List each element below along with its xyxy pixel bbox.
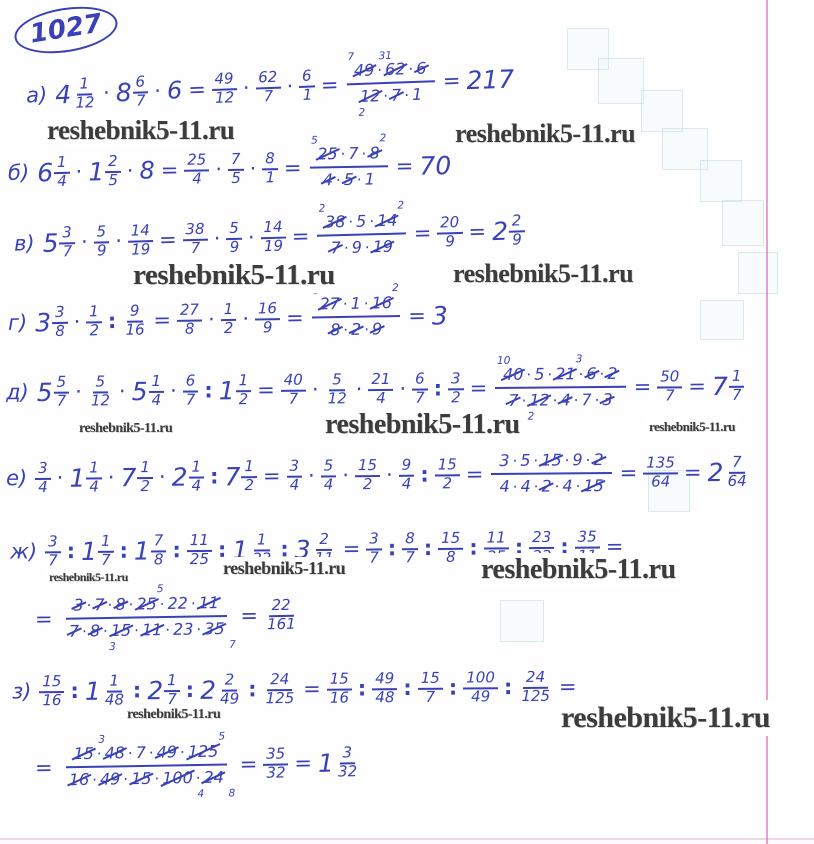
numerator: 6 — [183, 373, 199, 392]
result: 3 — [432, 303, 448, 328]
fraction: 67 — [132, 74, 149, 109]
operator: = — [303, 678, 321, 699]
dot: · — [343, 322, 348, 337]
watermark: reshebnik5-11.ru — [476, 553, 681, 587]
factor: 248 — [203, 770, 224, 786]
fraction: 1516 — [327, 671, 352, 706]
operator: · — [208, 309, 215, 330]
fraction: 3532 — [263, 746, 289, 781]
denominator: 8 — [443, 549, 459, 565]
dot: · — [196, 770, 201, 785]
part-label: а) — [26, 83, 48, 108]
numerator: 23 — [529, 530, 554, 549]
operator: = — [684, 462, 702, 483]
factor: 82 — [369, 145, 379, 161]
factor: 6 — [586, 366, 596, 382]
mixed-number: 112 — [219, 373, 252, 408]
cancel-mark: 10 — [497, 356, 510, 367]
factor: 2 — [541, 478, 551, 494]
factor: 2 — [351, 322, 361, 338]
operator: = — [35, 757, 53, 778]
fraction: 112 — [71, 76, 97, 111]
denominator: 7 — [412, 390, 428, 406]
denominator: 7 — [54, 393, 70, 409]
factor: 7 — [331, 240, 342, 256]
factor: 3 — [602, 392, 612, 408]
dot: · — [103, 624, 108, 639]
numerator: 5 — [321, 458, 337, 477]
product-numerator: 273·1·162 — [311, 293, 400, 319]
cancel-mark: 5 — [218, 732, 225, 743]
factor: 1 — [351, 296, 361, 312]
denominator: 4 — [321, 477, 337, 493]
numerator: 9 — [127, 303, 143, 322]
dot: · — [361, 146, 366, 161]
denominator: 2 — [137, 478, 153, 494]
numerator: 6 — [412, 371, 428, 390]
denominator: 7 — [45, 553, 61, 569]
numerator: 1 — [221, 302, 237, 321]
operator: = — [240, 605, 258, 626]
numerator: 1 — [106, 673, 122, 692]
operator: = — [263, 465, 281, 486]
grid-square — [700, 160, 742, 202]
denominator: 4 — [189, 478, 205, 494]
fraction: 254 — [184, 152, 210, 187]
product-numerator: 3·7·8·255·22·11 — [65, 593, 227, 620]
denominator: 2 — [86, 323, 102, 339]
denominator: 9 — [442, 234, 458, 250]
dot: · — [533, 453, 538, 468]
cancel-mark: 2 — [380, 133, 387, 144]
dot: · — [191, 596, 196, 611]
factor: 2 — [607, 366, 617, 382]
whole-number: 2 — [147, 678, 163, 703]
denominator: 32 — [335, 764, 360, 780]
factor: 7 — [94, 597, 104, 613]
factor: 5 — [534, 367, 544, 383]
numerator: 21 — [368, 372, 393, 391]
factor: 142 — [377, 213, 398, 230]
denominator: 161 — [264, 616, 299, 632]
mixed-number: 614 — [37, 155, 70, 190]
cancel-mark: 3 — [576, 354, 583, 365]
grid-square — [500, 600, 544, 642]
fraction: 67 — [183, 373, 199, 408]
numerator: 15 — [438, 530, 463, 549]
product-denominator: 7·8·153·11·23·357 — [61, 617, 233, 642]
factor: 15 — [541, 452, 561, 468]
operator: = — [442, 70, 460, 92]
fraction: 157 — [418, 670, 443, 705]
cancel-mark: 7 — [229, 639, 236, 650]
fraction: 29 — [509, 213, 525, 248]
factor: 1 — [412, 87, 423, 103]
dot: · — [134, 623, 139, 638]
whole-number: 1 — [318, 750, 334, 775]
operator: · — [81, 231, 88, 252]
factor: 15 — [131, 771, 152, 787]
mixed-number: 178 — [134, 533, 167, 568]
operator: · — [108, 467, 115, 488]
factor: 4 — [520, 479, 530, 495]
dot: · — [377, 63, 382, 78]
fraction: 12 — [137, 460, 153, 495]
operator: = — [284, 157, 302, 178]
factor: 9 — [372, 321, 382, 337]
denominator: 1 — [262, 170, 278, 186]
numerator: 35 — [575, 529, 600, 548]
factor: 162 — [371, 295, 392, 311]
denominator: 5 — [105, 172, 121, 188]
dot: · — [128, 746, 133, 761]
denominator: 1 — [299, 87, 315, 103]
factor: 4 — [323, 172, 333, 188]
numerator: 15 — [355, 458, 380, 477]
whole-number: 5 — [42, 230, 59, 255]
numerator: 1 — [188, 459, 204, 478]
numerator: 49 — [372, 671, 397, 690]
fraction: 14 — [86, 460, 102, 495]
numerator: 15 — [418, 670, 443, 689]
dot: · — [383, 88, 388, 103]
mixed-number: 214 — [171, 459, 204, 494]
numerator: 9 — [399, 457, 415, 476]
whole-number: 1 — [85, 678, 101, 703]
mixed-number: 117 — [81, 534, 114, 569]
dot: · — [154, 771, 159, 786]
grid-square — [738, 252, 778, 294]
denominator: 7 — [729, 387, 745, 403]
denominator: 2 — [221, 320, 237, 336]
numerator: 3 — [59, 225, 75, 244]
whole-number: 4 — [55, 81, 72, 107]
operator: = — [291, 225, 309, 246]
fraction: 78 — [151, 533, 167, 568]
watermark: reshebnik5-11.ru — [448, 258, 638, 290]
numerator: 5 — [53, 374, 69, 393]
fraction: 54 — [321, 458, 337, 493]
whole-number: 2 — [200, 677, 216, 702]
numerator: 1 — [729, 369, 745, 388]
fraction: 61 — [299, 68, 316, 103]
numerator: 1 — [241, 459, 257, 478]
operator: : — [70, 680, 79, 701]
fraction: 34 — [286, 458, 302, 493]
product-numerator: 4010·5·213·6·2 — [495, 364, 626, 389]
operator: · — [103, 82, 110, 103]
whole-number: 2 — [707, 459, 723, 484]
dot: · — [149, 745, 154, 760]
factor: 4 — [500, 479, 510, 495]
factor: 16 — [69, 772, 90, 788]
dot: · — [364, 322, 369, 337]
product-numerator: 3·5·15·9·2 — [491, 450, 611, 475]
numerator: 15 — [327, 671, 352, 690]
grid-square — [722, 200, 764, 246]
numerator: 27 — [177, 302, 202, 321]
operator: : — [388, 538, 397, 559]
dot: · — [522, 393, 527, 408]
operator: · — [115, 230, 122, 251]
grid-square — [641, 90, 683, 132]
solution-line-z-cont: =15·483·7·49·125516·49·15·1004·248=3532=… — [33, 725, 360, 805]
product-fraction: 3·5·15·9·24·4·2·4·15 — [491, 450, 612, 497]
dot: · — [553, 393, 558, 408]
result: 70 — [419, 153, 451, 179]
factor: 8 — [115, 597, 125, 613]
fraction: 14 — [188, 459, 204, 494]
product-fraction: 497·6231·6122·7·1 — [346, 58, 436, 107]
number: 8 — [139, 158, 155, 182]
cancel-mark: 2 — [392, 283, 399, 294]
fraction: 17 — [729, 369, 745, 404]
denominator: 9 — [94, 243, 110, 259]
operator: = — [257, 379, 275, 400]
numerator: 11 — [187, 533, 212, 552]
factor: 1004 — [162, 770, 193, 787]
mixed-number: 229 — [492, 213, 525, 248]
dot: · — [160, 597, 165, 612]
numerator: 20 — [437, 215, 463, 234]
operator: · — [154, 80, 161, 101]
product-fraction: 255·7·824·5·1 — [309, 143, 388, 190]
operator: = — [161, 159, 179, 180]
numerator: 5 — [93, 224, 109, 243]
mixed-number: 514 — [131, 374, 164, 409]
mixed-number: 557 — [37, 374, 70, 409]
cancel-mark: 31 — [378, 51, 392, 62]
operator: = — [468, 221, 486, 242]
denominator: 7 — [402, 550, 418, 566]
numerator: 5 — [226, 220, 242, 239]
product-denominator: 122·7·1 — [352, 82, 431, 107]
denominator: 4 — [54, 173, 70, 189]
denominator: 2 — [440, 476, 456, 492]
fraction: 37 — [45, 534, 61, 569]
mixed-number: 712 — [224, 459, 257, 494]
dot: · — [107, 597, 112, 612]
dot: · — [369, 214, 374, 229]
denominator: 5 — [228, 170, 244, 186]
fraction: 169 — [255, 301, 281, 336]
operator: : — [119, 540, 128, 561]
fraction: 59 — [93, 224, 109, 259]
numerator: 3 — [286, 458, 302, 477]
cancel-mark: 3 — [98, 735, 105, 746]
numerator: 11 — [484, 530, 509, 549]
operator: · — [249, 158, 256, 179]
operator: · — [312, 379, 319, 400]
part-label: ж) — [10, 539, 37, 563]
whole-number: 5 — [37, 379, 53, 404]
denominator: 7 — [423, 689, 439, 705]
numerator: 24 — [267, 672, 292, 691]
operator: : — [424, 537, 433, 558]
operator: : — [358, 678, 367, 699]
factor: 1 — [365, 171, 375, 187]
operator: = — [559, 676, 577, 697]
fraction: 37 — [59, 225, 75, 260]
operator: · — [243, 77, 250, 98]
fraction: 278 — [177, 302, 203, 337]
denominator: 25 — [187, 551, 212, 567]
numerator: 3 — [52, 305, 68, 324]
factor: 5 — [344, 172, 354, 188]
denominator: 49 — [468, 689, 493, 705]
numerator: 5 — [329, 372, 345, 391]
operator: = — [408, 305, 426, 326]
factor: 9 — [352, 240, 363, 256]
dot: · — [340, 146, 345, 161]
dot: · — [576, 479, 581, 494]
operator: : — [133, 680, 142, 701]
denominator: 8 — [52, 323, 68, 339]
factor: 497 — [354, 62, 375, 79]
cancel-mark: 2 — [397, 200, 404, 211]
fraction: 4948 — [372, 671, 397, 706]
numerator: 5 — [92, 374, 108, 393]
numerator: 2 — [316, 532, 332, 551]
dot: · — [128, 597, 133, 612]
page-edge-line — [0, 838, 814, 840]
operator: : — [420, 464, 429, 485]
solution-line-z: з)1516:1148:217:2249:24125=1516:4948:157… — [12, 650, 578, 729]
operator: · — [248, 227, 255, 248]
denominator: 4 — [399, 476, 415, 492]
denominator: 8 — [151, 552, 167, 568]
numerator: 3 — [339, 745, 355, 764]
operator: = — [286, 307, 304, 328]
fraction: 13564 — [643, 455, 678, 490]
part-label: г) — [8, 311, 28, 335]
operator: = — [188, 79, 206, 101]
dot: · — [513, 479, 518, 494]
fraction: 1419 — [128, 223, 154, 258]
numerator: 25 — [184, 152, 209, 171]
dot: · — [336, 173, 341, 188]
whole-number: 7 — [224, 464, 240, 489]
dot: · — [357, 172, 362, 187]
denominator: 64 — [648, 474, 673, 490]
factor: 2 — [593, 452, 603, 468]
operator: = — [396, 155, 414, 176]
numerator: 3 — [366, 531, 382, 550]
numerator: 1 — [98, 534, 114, 553]
product-fraction: 3·7·8·255·22·117·8·153·11·23·357 — [60, 593, 232, 642]
numerator: 1 — [137, 460, 153, 479]
numerator: 1 — [235, 373, 251, 392]
operator: : — [204, 380, 213, 401]
mixed-number: 717 — [712, 369, 745, 404]
watermark: reshebnik5-11.ru — [450, 118, 640, 150]
product-numerator: 255·7·82 — [309, 143, 388, 168]
numerator: 7 — [729, 455, 745, 474]
watermark: reshebnik5-11.ru — [218, 557, 350, 580]
numerator: 3 — [45, 534, 61, 553]
mixed-number: 1148 — [85, 673, 127, 708]
fraction: 627 — [255, 69, 281, 104]
numerator: 3 — [448, 371, 464, 390]
operator: · — [356, 379, 363, 400]
fraction: 1419 — [260, 219, 286, 254]
denominator: 48 — [372, 690, 397, 706]
factor: 483 — [104, 745, 125, 761]
operator: : — [504, 677, 513, 698]
factor: 8 — [90, 623, 100, 639]
operator: = — [634, 376, 652, 397]
operator: = — [294, 752, 312, 773]
fraction: 22161 — [264, 597, 299, 632]
dot: · — [123, 772, 128, 787]
mixed-number: 712 — [120, 460, 153, 495]
numerator: 1 — [86, 304, 102, 323]
operator: : — [108, 310, 117, 331]
product-numerator: 497·6231·6 — [346, 58, 435, 85]
fraction: 75 — [228, 152, 244, 187]
fraction: 214 — [368, 372, 393, 407]
operator: : — [449, 677, 458, 698]
fraction: 12 — [241, 459, 257, 494]
denominator: 2 — [241, 478, 257, 494]
operator: = — [153, 309, 171, 330]
factor: 11 — [142, 622, 163, 638]
factor: 9 — [572, 452, 582, 468]
whole-number: 6 — [37, 160, 53, 185]
fraction: 32 — [448, 371, 464, 406]
factor: 122 — [360, 88, 381, 105]
mixed-number: 125 — [88, 154, 121, 189]
factor: 49 — [100, 771, 121, 787]
operator: = — [688, 376, 706, 397]
product-fraction: 15·483·7·49·125516·49·15·1004·248 — [60, 741, 232, 790]
operator: = — [470, 378, 488, 399]
factor: 382 — [325, 214, 346, 231]
part-label: д) — [6, 380, 29, 404]
whole-number: 5 — [132, 378, 148, 403]
numerator: 15 — [435, 457, 460, 476]
mixed-number: 2249 — [200, 672, 242, 707]
numerator: 38 — [182, 221, 208, 240]
dot: · — [408, 61, 413, 76]
grid-square — [700, 300, 744, 340]
number: 6 — [167, 78, 183, 103]
denominator: 2 — [448, 390, 464, 406]
dot: · — [534, 479, 539, 494]
dot: · — [344, 240, 349, 255]
notebook-page: 1027 а)4112·867·6=4912·627·61=497·6231·6… — [0, 0, 814, 844]
numerator: 16 — [255, 301, 280, 320]
fraction: 67 — [412, 371, 428, 406]
dot: · — [555, 479, 560, 494]
numerator: 2 — [222, 672, 238, 691]
operator: · — [308, 465, 315, 486]
numerator: 35 — [263, 746, 288, 765]
product-fraction: 273·1·1628·2·9 — [311, 293, 400, 341]
whole-number: 2 — [492, 218, 509, 243]
denominator: 7 — [98, 552, 114, 568]
denominator: 4 — [189, 171, 205, 187]
operator: · — [75, 161, 82, 182]
factor: 7 — [69, 624, 79, 640]
dot: · — [586, 453, 591, 468]
denominator: 2 — [360, 477, 376, 493]
part-label: б) — [8, 161, 30, 185]
factor: 4 — [560, 392, 570, 408]
numerator: 15 — [39, 674, 64, 693]
denominator: 7 — [366, 550, 382, 566]
dot: · — [97, 746, 102, 761]
